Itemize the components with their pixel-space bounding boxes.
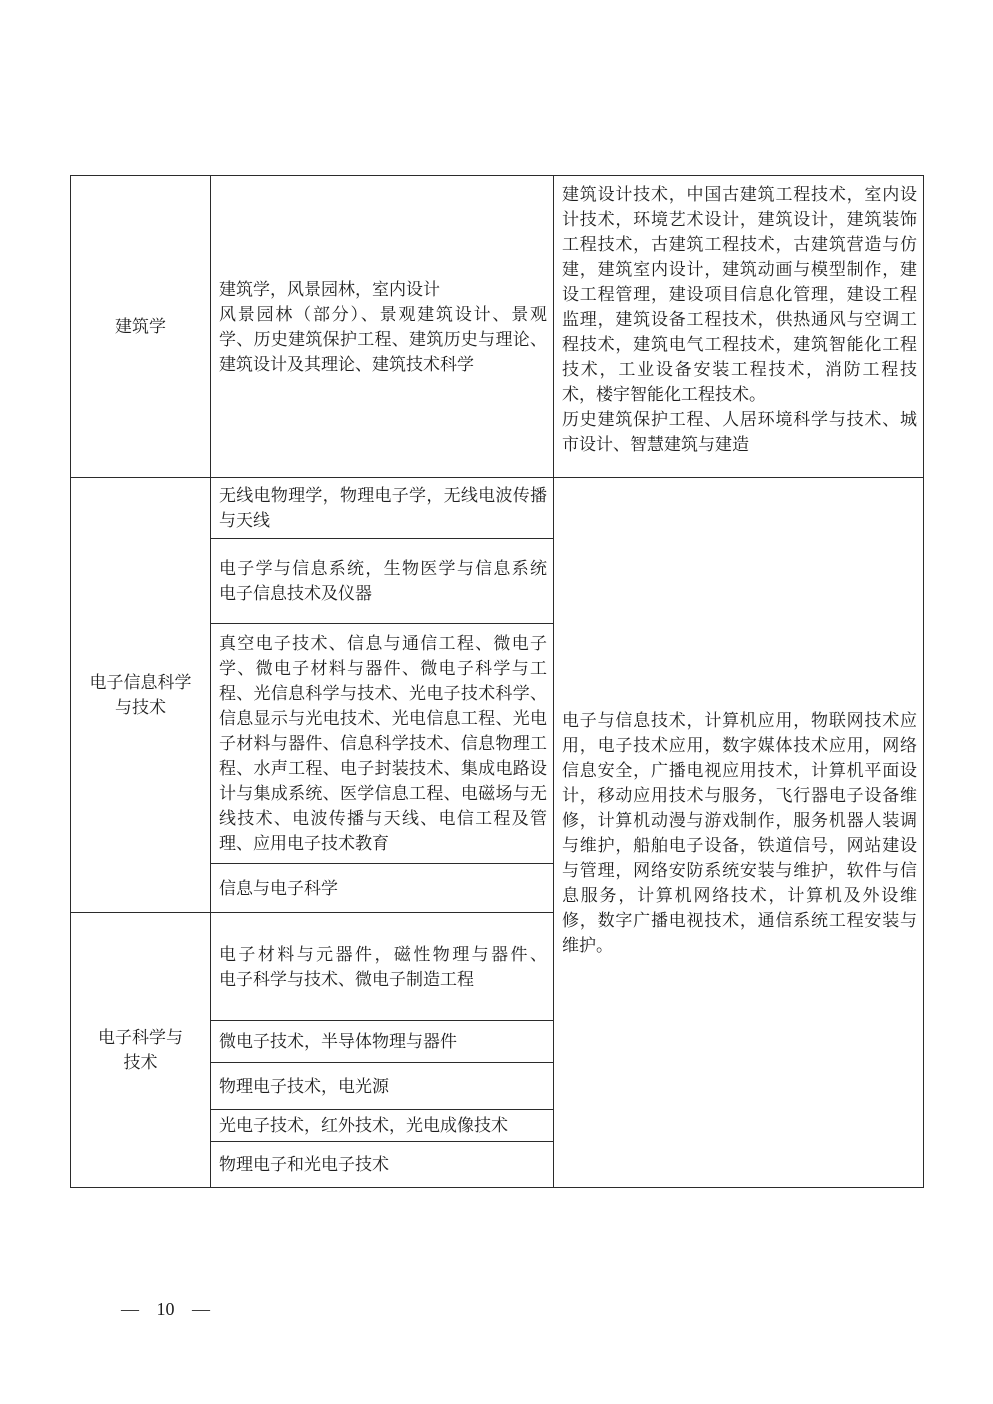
category-label: 技术: [75, 1050, 206, 1075]
document-page: 建筑学 建筑学，风景园林，室内设计 风景园林（部分）、景观建筑设计、景观学、历史…: [0, 0, 993, 1404]
vocational-group: 电子与信息技术，计算机应用，物联网技术应用，电子技术应用，数字媒体技术应用，网络…: [562, 708, 917, 958]
majors-line: 电子信息技术及仪器: [219, 581, 547, 606]
category-label: 电子科学与: [75, 1025, 206, 1050]
category-label: 与技术: [75, 695, 206, 720]
page-number: — 10 —: [121, 1297, 210, 1321]
majors-group: 真空电子技术、信息与通信工程、微电子学、微电子材料与器件、微电子科学与工程、光信…: [219, 631, 547, 856]
vocational-group: 历史建筑保护工程、人居环境科学与技术、城市设计、智慧建筑与建造: [562, 407, 917, 457]
majors-line: 微电子技术，半导体物理与器件: [219, 1029, 547, 1054]
majors-subrow-cell: 电子学与信息系统，生物医学与信息系统 电子信息技术及仪器: [211, 539, 554, 624]
vocational-group: 建筑设计技术，中国古建筑工程技术，室内设计技术，环境艺术设计，建筑设计，建筑装饰…: [562, 182, 917, 407]
table-row: 电子信息科学 与技术 无线电物理学，物理电子学，无线电波传播与天线 电子与信息技…: [71, 478, 924, 539]
majors-subrow-cell: 真空电子技术、信息与通信工程、微电子学、微电子材料与器件、微电子科学与工程、光信…: [211, 624, 554, 864]
vocational-cell-architecture: 建筑设计技术，中国古建筑工程技术，室内设计技术，环境艺术设计，建筑设计，建筑装饰…: [554, 176, 924, 478]
majors-line: 电子科学与技术、微电子制造工程: [219, 967, 547, 992]
majors-line: 光电子技术，红外技术，光电成像技术: [219, 1113, 547, 1138]
majors-group: 建筑学，风景园林，室内设计: [219, 277, 547, 302]
majors-group: 无线电物理学，物理电子学，无线电波传播与天线: [219, 483, 547, 533]
category-label: 建筑学: [75, 314, 206, 339]
category-label: 电子信息科学: [75, 670, 206, 695]
majors-line: 物理电子和光电子技术: [219, 1152, 547, 1177]
table-row: 建筑学 建筑学，风景园林，室内设计 风景园林（部分）、景观建筑设计、景观学、历史…: [71, 176, 924, 478]
majors-subrow-cell: 无线电物理学，物理电子学，无线电波传播与天线: [211, 478, 554, 539]
majors-subrow-cell: 物理电子技术，电光源: [211, 1063, 554, 1110]
category-cell-architecture: 建筑学: [71, 176, 211, 478]
vocational-cell-merged-electronics: 电子与信息技术，计算机应用，物联网技术应用，电子技术应用，数字媒体技术应用，网络…: [554, 478, 924, 1188]
majors-line: 电子材料与元器件，磁性物理与器件、: [219, 942, 547, 967]
majors-subrow-cell: 光电子技术，红外技术，光电成像技术: [211, 1110, 554, 1142]
category-cell-electronic-science: 电子科学与 技术: [71, 913, 211, 1188]
category-cell-electronic-info-science: 电子信息科学 与技术: [71, 478, 211, 913]
majors-line: 物理电子技术，电光源: [219, 1074, 547, 1099]
majors-line: 电子学与信息系统，生物医学与信息系统: [219, 556, 547, 581]
majors-table: 建筑学 建筑学，风景园林，室内设计 风景园林（部分）、景观建筑设计、景观学、历史…: [70, 175, 924, 1188]
majors-group: 风景园林（部分）、景观建筑设计、景观学、历史建筑保护工程、建筑历史与理论、建筑设…: [219, 302, 547, 377]
majors-subrow-cell: 电子材料与元器件，磁性物理与器件、 电子科学与技术、微电子制造工程: [211, 913, 554, 1021]
majors-line: 信息与电子科学: [219, 876, 547, 901]
majors-subrow-cell: 微电子技术，半导体物理与器件: [211, 1021, 554, 1063]
majors-subrow-cell: 信息与电子科学: [211, 864, 554, 913]
majors-subrow-cell: 物理电子和光电子技术: [211, 1142, 554, 1188]
majors-cell-architecture: 建筑学，风景园林，室内设计 风景园林（部分）、景观建筑设计、景观学、历史建筑保护…: [211, 176, 554, 478]
